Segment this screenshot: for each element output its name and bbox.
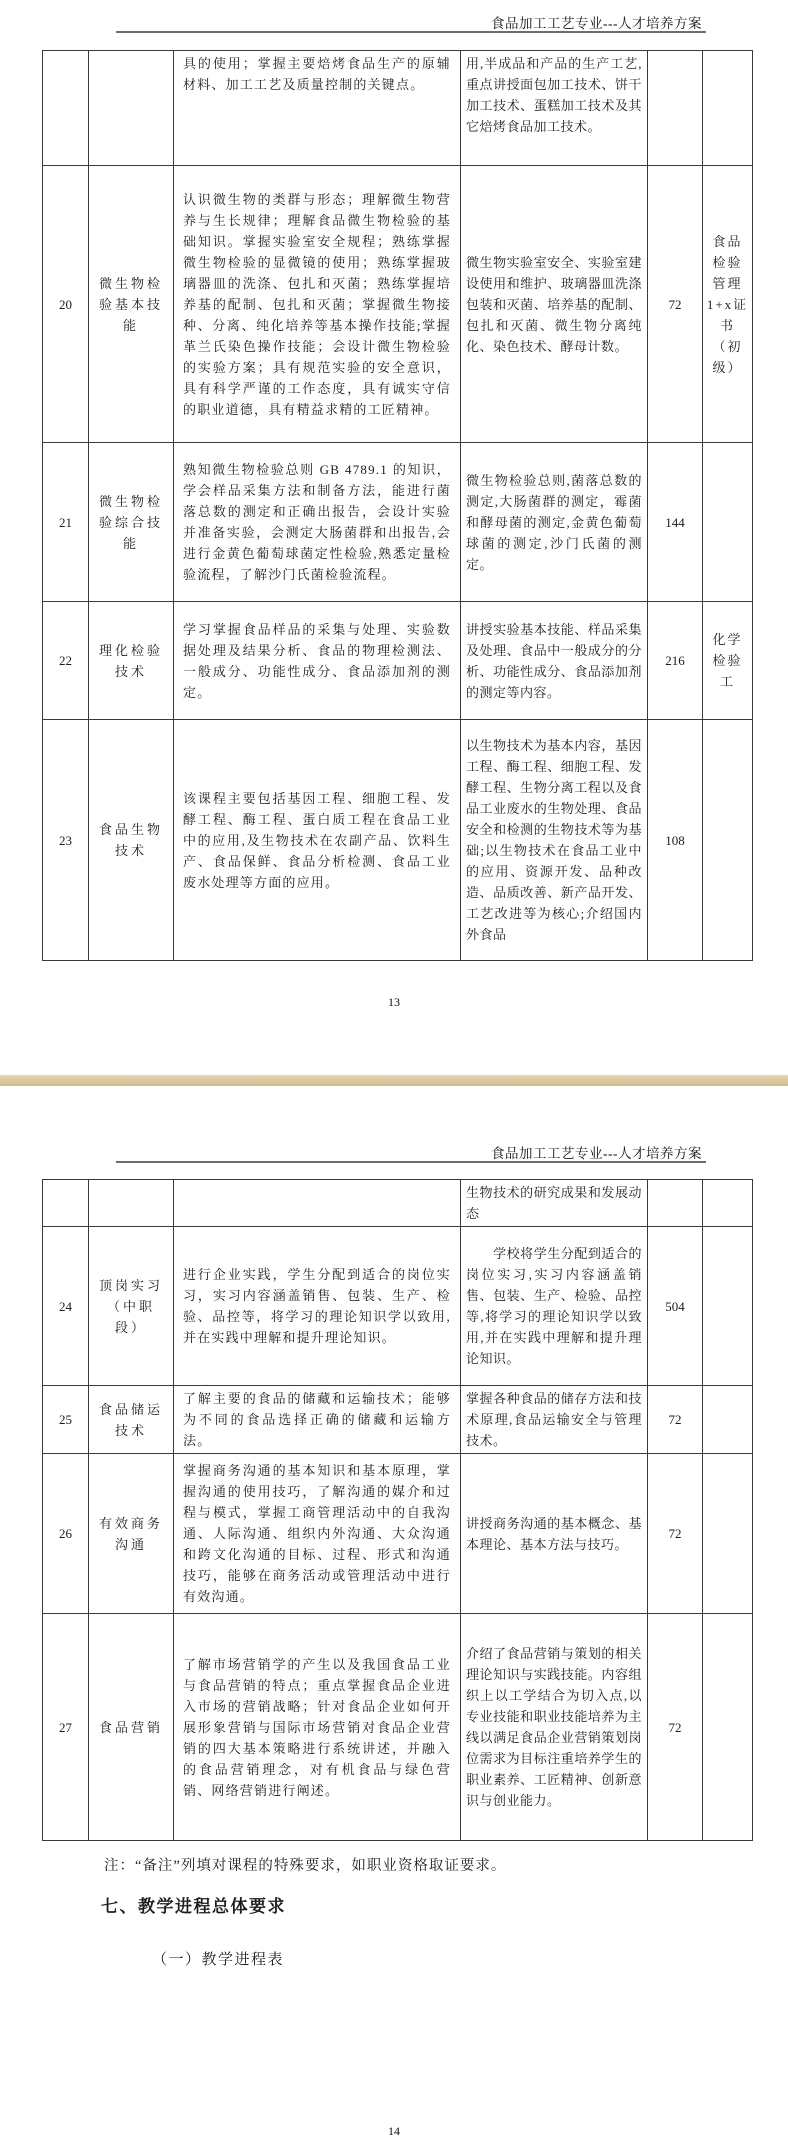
course-table-page-13: 具的使用；掌握主要焙烤食品生产的原辅材料、加工工艺及质量控制的关键点。 用,半成…: [42, 50, 753, 961]
cell-objective: 了解主要的食品的储藏和运输技术；能够为不同的食品选择正确的储藏和运输方法。: [174, 1386, 461, 1454]
cell-hours: 72: [648, 166, 703, 443]
cell-course: 理化检验技术: [89, 602, 174, 720]
cell-content: 微生物实验室安全、实验室建设使用和维护、玻璃器皿洗涤包装和灭菌、培养基的配制、包…: [461, 166, 648, 443]
header-rule: [116, 1161, 706, 1163]
cell-course: [89, 1180, 174, 1227]
table-row: 23 食品生物技术 该课程主要包括基因工程、细胞工程、发酵工程、酶工程、蛋白质工…: [43, 720, 753, 961]
cell-no: [43, 51, 89, 166]
cell-remark: [703, 720, 753, 961]
cell-remark: [703, 51, 753, 166]
table-footnote: 注：“备注”列填对课程的特殊要求，如职业资格取证要求。: [104, 1854, 506, 1875]
cell-objective: 认识微生物的类群与形态；理解微生物营养与生长规律；理解食品微生物检验的基础知识。…: [174, 166, 461, 443]
cell-hours: 72: [648, 1454, 703, 1614]
cell-course: 食品营销: [89, 1614, 174, 1841]
cell-remark: [703, 1227, 753, 1386]
cell-hours: 72: [648, 1614, 703, 1841]
page-separator-band: [0, 1075, 788, 1086]
cell-content: 介绍了食品营销与策划的相关理论知识与实践技能。内容组织上以工学结合为切入点,以专…: [461, 1614, 648, 1841]
cell-no: 24: [43, 1227, 89, 1386]
cell-hours: [648, 51, 703, 166]
cell-content: 掌握各种食品的储存方法和技术原理,食品运输安全与管理技术。: [461, 1386, 648, 1454]
cell-hours: 108: [648, 720, 703, 961]
cell-course: 微生物检验基本技能: [89, 166, 174, 443]
cell-no: 23: [43, 720, 89, 961]
cell-hours: 504: [648, 1227, 703, 1386]
section-heading: 七、教学进程总体要求: [101, 1892, 286, 1917]
table-row: 25 食品储运技术 了解主要的食品的储藏和运输技术；能够为不同的食品选择正确的储…: [43, 1386, 753, 1454]
cell-no: 26: [43, 1454, 89, 1614]
cell-objective: 该课程主要包括基因工程、细胞工程、发酵工程、酶工程、蛋白质工程在食品工业中的应用…: [174, 720, 461, 961]
cell-content: 以生物技术为基本内容，基因工程、酶工程、细胞工程、发酵工程、生物分离工程以及食品…: [461, 720, 648, 961]
cell-remark: [703, 1454, 753, 1614]
subsection-heading: （一）教学进程表: [152, 1948, 284, 1969]
cell-hours: 144: [648, 443, 703, 602]
cell-content: 生物技术的研究成果和发展动态: [461, 1180, 648, 1227]
cell-remark: [703, 1180, 753, 1227]
cell-hours: 72: [648, 1386, 703, 1454]
cell-no: 20: [43, 166, 89, 443]
table-row: 22 理化检验技术 学习掌握食品样品的采集与处理、实验数据处理及结果分析、食品的…: [43, 602, 753, 720]
course-table-page-14: 生物技术的研究成果和发展动态 24 顶岗实习（中职段） 进行企业实践，学生分配到…: [42, 1179, 753, 1841]
cell-objective: 掌握商务沟通的基本知识和基本原理，掌握沟通的使用技巧，了解沟通的媒介和过程与模式…: [174, 1454, 461, 1614]
table-row: 26 有效商务沟通 掌握商务沟通的基本知识和基本原理，掌握沟通的使用技巧，了解沟…: [43, 1454, 753, 1614]
cell-content: 微生物检验总则,菌落总数的测定,大肠菌群的测定，霉菌和酵母菌的测定,金黄色葡萄球…: [461, 443, 648, 602]
cell-content: 学校将学生分配到适合的岗位实习,实习内容涵盖销售、包装、生产、检验、品控等,将学…: [461, 1227, 648, 1386]
table-row: 21 微生物检验综合技能 熟知微生物检验总则 GB 4789.1 的知识，学会样…: [43, 443, 753, 602]
cell-objective: 了解市场营销学的产生以及我国食品工业与食品营销的特点；重点掌握食品企业进入市场的…: [174, 1614, 461, 1841]
cell-no: 22: [43, 602, 89, 720]
cell-objective: 进行企业实践，学生分配到适合的岗位实习，实习内容涵盖销售、包装、生产、检验、品控…: [174, 1227, 461, 1386]
page-number: 13: [0, 995, 788, 1010]
page-number: 14: [0, 2124, 788, 2139]
cell-content: 讲授实验基本技能、样品采集及处理、食品中一般成分的分析、功能性成分、食品添加剂的…: [461, 602, 648, 720]
cell-no: 25: [43, 1386, 89, 1454]
cell-hours: [648, 1180, 703, 1227]
table-row: 20 微生物检验基本技能 认识微生物的类群与形态；理解微生物营养与生长规律；理解…: [43, 166, 753, 443]
cell-course: [89, 51, 174, 166]
cell-remark: [703, 443, 753, 602]
cell-content: 用,半成品和产品的生产工艺,重点讲授面包加工技术、饼干加工技术、蛋糕加工技术及其…: [461, 51, 648, 166]
cell-no: [43, 1180, 89, 1227]
cell-remark: [703, 1614, 753, 1841]
table-row: 24 顶岗实习（中职段） 进行企业实践，学生分配到适合的岗位实习，实习内容涵盖销…: [43, 1227, 753, 1386]
document-page-13: 食品加工工艺专业---人才培养方案 具的使用；掌握主要焙烤食品生产的原辅材料、加…: [0, 0, 788, 1075]
page-header-title: 食品加工工艺专业---人才培养方案: [491, 1142, 702, 1162]
cell-objective: [174, 1180, 461, 1227]
cell-course: 食品生物技术: [89, 720, 174, 961]
cell-course: 食品储运技术: [89, 1386, 174, 1454]
cell-objective: 具的使用；掌握主要焙烤食品生产的原辅材料、加工工艺及质量控制的关键点。: [174, 51, 461, 166]
cell-no: 21: [43, 443, 89, 602]
cell-remark: 食品检验管理1+x证书（初级）: [703, 166, 753, 443]
header-rule: [116, 31, 706, 33]
cell-no: 27: [43, 1614, 89, 1841]
page-header-title: 食品加工工艺专业---人才培养方案: [491, 12, 702, 32]
cell-course: 顶岗实习（中职段）: [89, 1227, 174, 1386]
cell-remark: 化学检验工: [703, 602, 753, 720]
table-row: 具的使用；掌握主要焙烤食品生产的原辅材料、加工工艺及质量控制的关键点。 用,半成…: [43, 51, 753, 166]
cell-objective: 熟知微生物检验总则 GB 4789.1 的知识，学会样品采集方法和制备方法，能进…: [174, 443, 461, 602]
cell-objective: 学习掌握食品样品的采集与处理、实验数据处理及结果分析、食品的物理检测法、一般成分…: [174, 602, 461, 720]
cell-remark: [703, 1386, 753, 1454]
document-page-14: 食品加工工艺专业---人才培养方案 生物技术的研究成果和发展动态 24 顶岗实习…: [0, 1086, 788, 2150]
cell-hours: 216: [648, 602, 703, 720]
cell-content: 讲授商务沟通的基本概念、基本理论、基本方法与技巧。: [461, 1454, 648, 1614]
cell-course: 有效商务沟通: [89, 1454, 174, 1614]
table-row: 生物技术的研究成果和发展动态: [43, 1180, 753, 1227]
cell-course: 微生物检验综合技能: [89, 443, 174, 602]
table-row: 27 食品营销 了解市场营销学的产生以及我国食品工业与食品营销的特点；重点掌握食…: [43, 1614, 753, 1841]
